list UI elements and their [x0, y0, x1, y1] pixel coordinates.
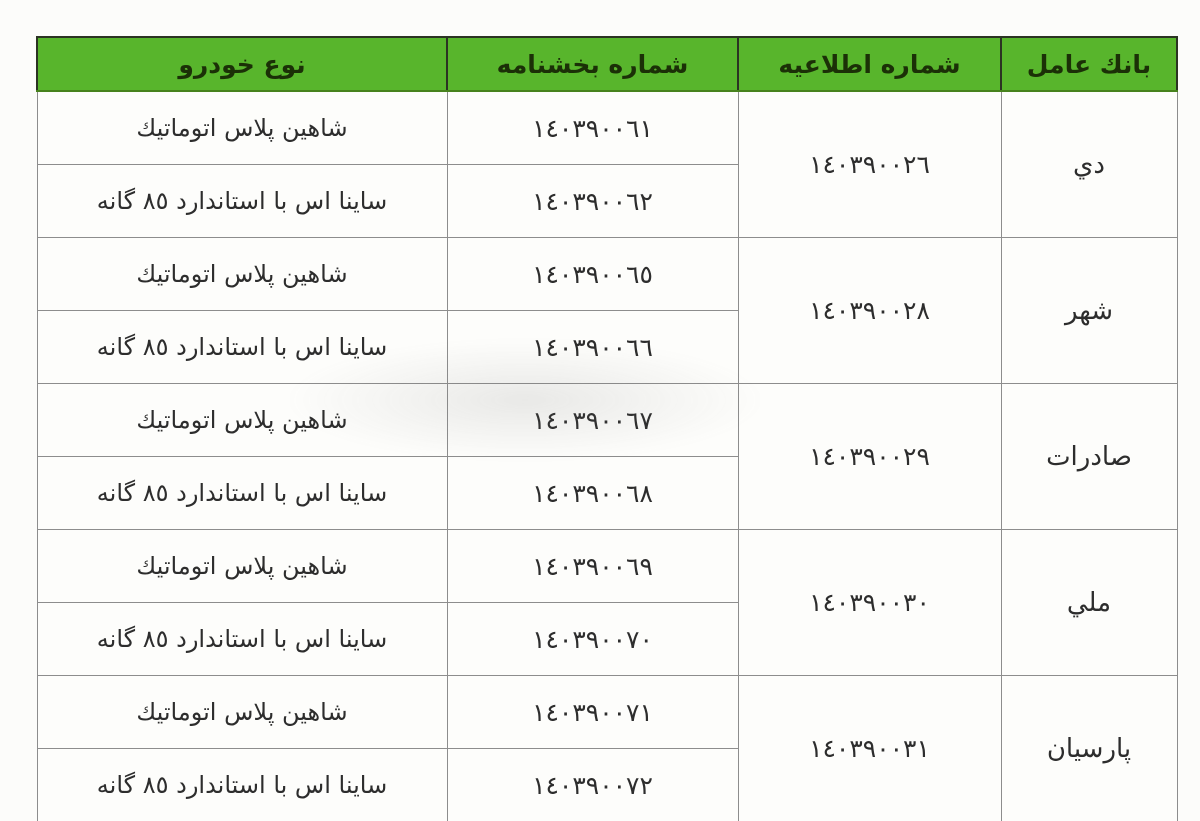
table-body: دي١٤٠٣٩٠٠٢٦١٤٠٣٩٠٠٦١شاهين پلاس اتوماتيك١… [37, 91, 1177, 821]
column-header-bank: بانك عامل [1001, 37, 1177, 91]
page: بانك عامل شماره اطلاعيه شماره بخشنامه نو… [0, 0, 1200, 821]
circular-number-cell: ١٤٠٣٩٠٠٦٦ [447, 311, 738, 384]
table-row: صادرات١٤٠٣٩٠٠٢٩١٤٠٣٩٠٠٦٧شاهين پلاس اتوما… [37, 384, 1177, 457]
circular-number-cell: ١٤٠٣٩٠٠٦١ [447, 91, 738, 165]
vehicle-type-cell: ساينا اس با استاندارد ٨٥ گانه [37, 749, 447, 821]
bank-cell: پارسيان [1001, 676, 1177, 821]
circular-number-cell: ١٤٠٣٩٠٠٦٧ [447, 384, 738, 457]
notice-number-cell: ١٤٠٣٩٠٠٣٠ [738, 530, 1001, 676]
column-header-notice-number: شماره اطلاعيه [738, 37, 1001, 91]
notice-number-cell: ١٤٠٣٩٠٠٢٨ [738, 238, 1001, 384]
bank-circulars-table: بانك عامل شماره اطلاعيه شماره بخشنامه نو… [36, 36, 1176, 821]
circular-number-cell: ١٤٠٣٩٠٠٧٢ [447, 749, 738, 821]
vehicle-type-cell: ساينا اس با استاندارد ٨٥ گانه [37, 165, 447, 238]
circular-number-cell: ١٤٠٣٩٠٠٦٥ [447, 238, 738, 311]
vehicle-type-cell: شاهين پلاس اتوماتيك [37, 530, 447, 603]
bank-cell: ملي [1001, 530, 1177, 676]
notice-number-cell: ١٤٠٣٩٠٠٢٩ [738, 384, 1001, 530]
column-header-vehicle-type: نوع خودرو [37, 37, 447, 91]
notice-number-cell: ١٤٠٣٩٠٠٢٦ [738, 91, 1001, 238]
notice-number-cell: ١٤٠٣٩٠٠٣١ [738, 676, 1001, 821]
vehicle-type-cell: شاهين پلاس اتوماتيك [37, 238, 447, 311]
circular-number-cell: ١٤٠٣٩٠٠٧١ [447, 676, 738, 749]
bank-cell: صادرات [1001, 384, 1177, 530]
circular-number-cell: ١٤٠٣٩٠٠٦٩ [447, 530, 738, 603]
table-row: پارسيان١٤٠٣٩٠٠٣١١٤٠٣٩٠٠٧١شاهين پلاس اتوم… [37, 676, 1177, 749]
circular-number-cell: ١٤٠٣٩٠٠٦٨ [447, 457, 738, 530]
bank-cell: شهر [1001, 238, 1177, 384]
circular-number-cell: ١٤٠٣٩٠٠٧٠ [447, 603, 738, 676]
vehicle-type-cell: شاهين پلاس اتوماتيك [37, 91, 447, 165]
table-row: ملي١٤٠٣٩٠٠٣٠١٤٠٣٩٠٠٦٩شاهين پلاس اتوماتيك [37, 530, 1177, 603]
table-row: شهر١٤٠٣٩٠٠٢٨١٤٠٣٩٠٠٦٥شاهين پلاس اتوماتيك [37, 238, 1177, 311]
vehicle-type-cell: ساينا اس با استاندارد ٨٥ گانه [37, 457, 447, 530]
vehicle-type-cell: ساينا اس با استاندارد ٨٥ گانه [37, 603, 447, 676]
table-grid: بانك عامل شماره اطلاعيه شماره بخشنامه نو… [36, 36, 1178, 821]
bank-cell: دي [1001, 91, 1177, 238]
vehicle-type-cell: شاهين پلاس اتوماتيك [37, 676, 447, 749]
vehicle-type-cell: شاهين پلاس اتوماتيك [37, 384, 447, 457]
vehicle-type-cell: ساينا اس با استاندارد ٨٥ گانه [37, 311, 447, 384]
table-row: دي١٤٠٣٩٠٠٢٦١٤٠٣٩٠٠٦١شاهين پلاس اتوماتيك [37, 91, 1177, 165]
column-header-circular-number: شماره بخشنامه [447, 37, 738, 91]
header-row: بانك عامل شماره اطلاعيه شماره بخشنامه نو… [37, 37, 1177, 91]
circular-number-cell: ١٤٠٣٩٠٠٦٢ [447, 165, 738, 238]
